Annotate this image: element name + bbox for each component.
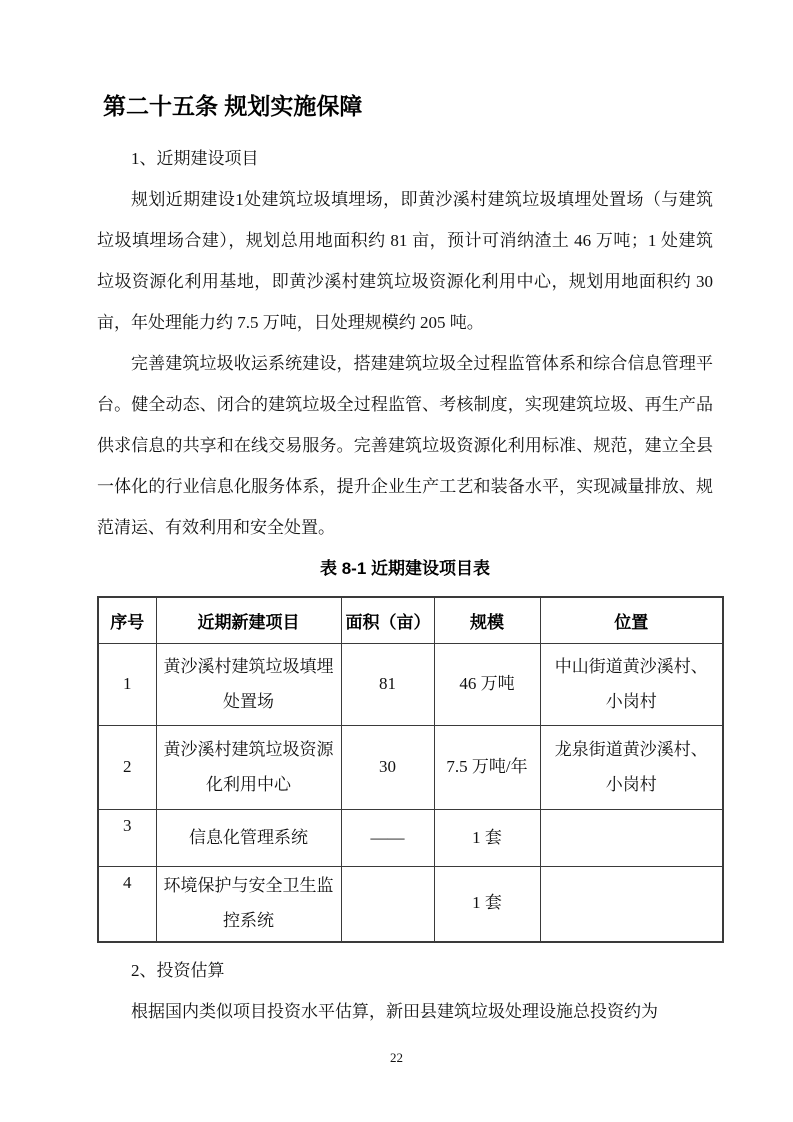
section-heading: 第二十五条 规划实施保障 [97,90,713,122]
table-cell: 信息化管理系统 [156,810,341,867]
table-cell: 2 [98,726,156,810]
table-cell: —— [341,810,434,867]
table-cell [540,867,723,942]
table-cell: 4 [98,867,156,942]
table-cell: 中山街道黄沙溪村、 小岗村 [540,644,723,726]
table-cell: 1 套 [434,810,540,867]
table-cell: 30 [341,726,434,810]
table-header-row: 序号近期新建项目面积（亩）规模位置 [98,597,723,644]
projects-table: 序号近期新建项目面积（亩）规模位置 1黄沙溪村建筑垃圾填埋 处置场8146 万吨… [97,596,724,943]
column-header-3: 规模 [434,597,540,644]
table-title: 表 8-1 近期建设项目表 [97,548,713,589]
table-cell: 1 套 [434,867,540,942]
table-cell [540,810,723,867]
table-cell: 环境保护与安全卫生监 控系统 [156,867,341,942]
table-cell: 龙泉街道黄沙溪村、 小岗村 [540,726,723,810]
table-row: 2黄沙溪村建筑垃圾资源 化利用中心307.5 万吨/年龙泉街道黄沙溪村、 小岗村 [98,726,723,810]
page-content: 第二十五条 规划实施保障 1、近期建设项目 规划近期建设1处建筑垃圾填埋场，即黄… [97,90,713,1032]
column-header-0: 序号 [98,597,156,644]
column-header-2: 面积（亩） [341,597,434,644]
page-number: 22 [0,1050,793,1066]
table-cell: 81 [341,644,434,726]
document-page: 第二十五条 规划实施保障 1、近期建设项目 规划近期建设1处建筑垃圾填埋场，即黄… [0,0,793,1122]
table-row: 4环境保护与安全卫生监 控系统1 套 [98,867,723,942]
table-cell: 46 万吨 [434,644,540,726]
paragraph-2: 完善建筑垃圾收运系统建设，搭建建筑垃圾全过程监管体系和综合信息管理平台。健全动态… [97,343,713,548]
table-cell: 7.5 万吨/年 [434,726,540,810]
table-cell: 1 [98,644,156,726]
table-cell: 黄沙溪村建筑垃圾填埋 处置场 [156,644,341,726]
paragraph-3: 根据国内类似项目投资水平估算，新田县建筑垃圾处理设施总投资约为 [97,991,713,1032]
subsection-1-label: 1、近期建设项目 [97,138,713,179]
column-header-1: 近期新建项目 [156,597,341,644]
table-body: 1黄沙溪村建筑垃圾填埋 处置场8146 万吨中山街道黄沙溪村、 小岗村2黄沙溪村… [98,644,723,942]
paragraph-1: 规划近期建设1处建筑垃圾填埋场，即黄沙溪村建筑垃圾填埋处置场（与建筑垃圾填埋场合… [97,179,713,343]
table-cell: 黄沙溪村建筑垃圾资源 化利用中心 [156,726,341,810]
subsection-2-label: 2、投资估算 [97,950,713,991]
column-header-4: 位置 [540,597,723,644]
table-row: 1黄沙溪村建筑垃圾填埋 处置场8146 万吨中山街道黄沙溪村、 小岗村 [98,644,723,726]
table-row: 3信息化管理系统——1 套 [98,810,723,867]
table-cell: 3 [98,810,156,867]
table-cell [341,867,434,942]
